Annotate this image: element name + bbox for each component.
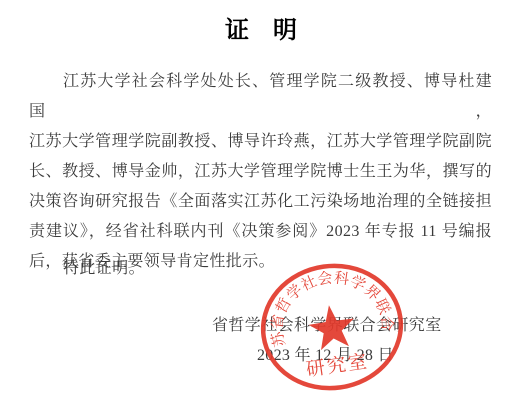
body-line-1: 江苏大学社会科学处处长、管理学院二级教授、博导杜建国， [29, 67, 492, 127]
body-line-3: 长、教授、博导金帅，江苏大学管理学院博士生王为华，撰写的 [29, 157, 492, 187]
certificate-page: 证 明 江苏大学社会科学处处长、管理学院二级教授、博导杜建国， 江苏大学管理学院… [0, 0, 522, 417]
certificate-body: 江苏大学社会科学处处长、管理学院二级教授、博导杜建国， 江苏大学管理学院副教授、… [29, 67, 492, 277]
certificate-title: 证 明 [0, 14, 522, 48]
body-line-2: 江苏大学管理学院副教授、博导许玲燕，江苏大学管理学院副院 [29, 127, 492, 157]
issue-date: 2023 年 12 月 28 日 [257, 341, 394, 371]
body-line-4: 决策咨询研究报告《全面落实江苏化工污染场地治理的全链接担 [29, 187, 492, 217]
issuer-signature: 省哲学社会科学界联合会研究室 [212, 311, 442, 341]
body-line-5: 责建议》，经省社科联内刊《决策参阅》2023 年专报 11 号编报 [29, 217, 492, 247]
closing-statement: 特此证明。 [29, 254, 492, 284]
